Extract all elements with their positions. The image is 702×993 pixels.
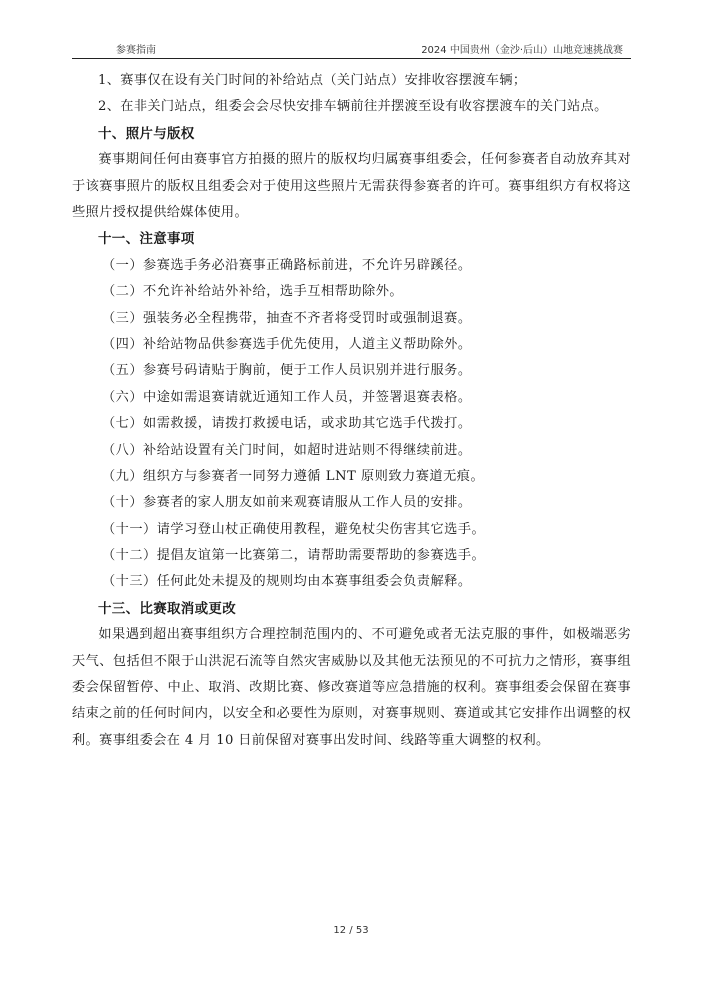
- list-item: （三）强装务必全程携带，抽查不齐者将受罚时或强制退赛。: [72, 306, 631, 332]
- page-number: 12 / 53: [0, 925, 702, 936]
- section-paragraph-cancellation: 如果遇到超出赛事组织方合理控制范围内的、不可避免或者无法克服的事件，如极端恶劣天…: [72, 622, 631, 754]
- intro-line-1: 1、赛事仅在设有关门时间的补给站点（关门站点）安排收容摆渡车辆；: [72, 68, 631, 94]
- list-item: （六）中途如需退赛请就近通知工作人员，并签署退赛表格。: [72, 385, 631, 411]
- page-content: 1、赛事仅在设有关门时间的补给站点（关门站点）安排收容摆渡车辆； 2、在非关门站…: [72, 68, 631, 754]
- header-event-title: 2024 中国贵州（金沙·后山）山地竞速挑战赛: [421, 41, 623, 56]
- intro-line-2: 2、在非关门站点，组委会会尽快安排车辆前往并摆渡至设有收容摆渡车的关门站点。: [72, 94, 631, 120]
- list-item: （十三）任何此处未提及的规则均由本赛事组委会负责解释。: [72, 569, 631, 595]
- section-heading-cancellation: 十三、比赛取消或更改: [72, 596, 631, 622]
- list-item: （八）补给站设置有关门时间，如超时进站则不得继续前进。: [72, 438, 631, 464]
- list-item: （四）补给站物品供参赛选手优先使用，人道主义帮助除外。: [72, 332, 631, 358]
- list-item: （二）不允许补给站外补给，选手互相帮助除外。: [72, 279, 631, 305]
- header-doc-title: 参赛指南: [116, 41, 156, 56]
- list-item: （一）参赛选手务必沿赛事正确路标前进，不允许另辟蹊径。: [72, 253, 631, 279]
- list-item: （五）参赛号码请贴于胸前，便于工作人员识别并进行服务。: [72, 358, 631, 384]
- list-item: （九）组织方与参赛者一同努力遵循 LNT 原则致力赛道无痕。: [72, 464, 631, 490]
- section-paragraph-photos-copyright: 赛事期间任何由赛事官方拍摄的照片的版权均归属赛事组委会，任何参赛者自动放弃其对于…: [72, 147, 631, 226]
- list-item: （七）如需救援，请拨打救援电话，或求助其它选手代拨打。: [72, 411, 631, 437]
- page-header: 参赛指南 2024 中国贵州（金沙·后山）山地竞速挑战赛: [72, 38, 631, 59]
- list-item: （十二）提倡友谊第一比赛第二，请帮助需要帮助的参赛选手。: [72, 543, 631, 569]
- notes-list: （一）参赛选手务必沿赛事正确路标前进，不允许另辟蹊径。 （二）不允许补给站外补给…: [72, 253, 631, 596]
- section-heading-photos-copyright: 十、照片与版权: [72, 121, 631, 147]
- section-heading-notes: 十一、注意事项: [72, 226, 631, 252]
- list-item: （十）参赛者的家人朋友如前来观赛请服从工作人员的安排。: [72, 490, 631, 516]
- list-item: （十一）请学习登山杖正确使用教程，避免杖尖伤害其它选手。: [72, 517, 631, 543]
